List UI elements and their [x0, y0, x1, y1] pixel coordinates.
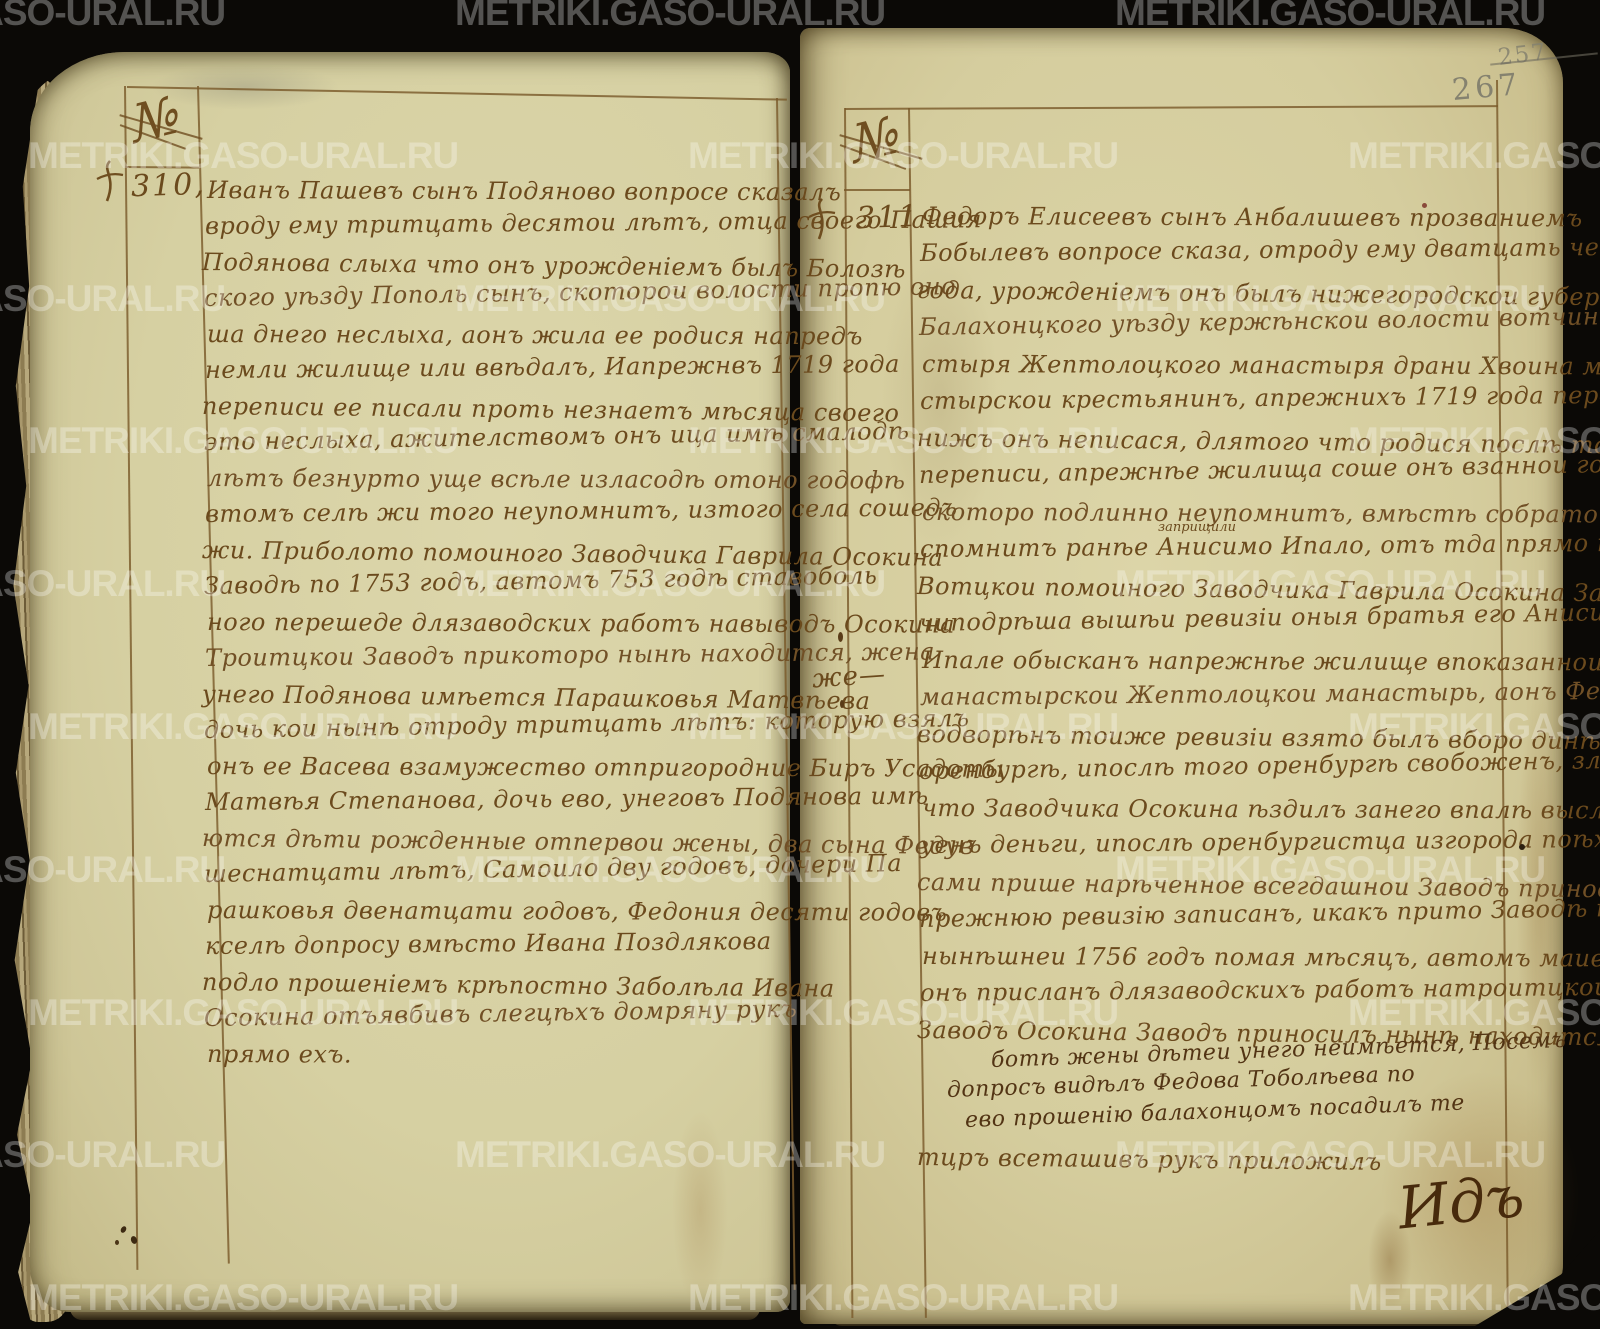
hand-line: уенъ деньги, ипослѣ оренбургистца изгоро… [920, 822, 1500, 864]
left-page-text: Иванъ Пашевъ сынъ Подяново вопросе сказа… [204, 172, 786, 1072]
ink-speck [838, 632, 843, 642]
hand-line: это неслыха, ажителствомъ онъ ица имѣ см… [204, 415, 786, 460]
hand-line: оренбургѣ, ипослѣ того оренбургѣ свобоже… [919, 744, 1500, 790]
hand-line: кселѣ допросу вмѣсто Ивана Поздлякова [205, 923, 787, 964]
hand-line: Матвѣя Степанова, дочь ево, унеговъ Подя… [205, 779, 787, 820]
watermark-text: METRIKI.GASO-URAL.RU [0, 0, 225, 34]
ink-speck [1519, 844, 1525, 850]
hand-line: стырскои крестьянинъ, апрежнихъ 1719 год… [920, 378, 1500, 420]
hand-line: переписи, апрежнѣе жилища соше онъ взанн… [919, 448, 1500, 494]
ink-speck [115, 1240, 119, 1245]
folio-number-pencil: 267 [1451, 67, 1523, 108]
hand-line: вроду ему тритцать десятои лѣтъ, отца св… [205, 203, 787, 244]
cross-mark-icon [94, 158, 126, 204]
hand-line: Осокина отъявбивъ слегцѣхъ домряну рукъ [204, 991, 786, 1036]
clerk-signature: Идъ [1395, 1162, 1527, 1243]
manuscript-scan: № № 310, 311 Иванъ Пашевъ сынъ Подяново … [0, 0, 1600, 1329]
hand-line: Балахонцкого уѣзду кержѣнскои волости во… [919, 300, 1500, 346]
hand-line: онъ присланъ длязаводскихъ работъ натрои… [920, 970, 1500, 1012]
hand-line: прежнюю ревизію записанъ, икакъ прито За… [919, 892, 1500, 938]
right-page-text: Федоръ Елисеевъ сынъ Анбалишевъ прозвани… [919, 198, 1499, 1176]
ink-speck [840, 700, 844, 708]
right-margin-note: же— [811, 659, 887, 694]
left-numero-flourish: № [128, 92, 200, 168]
hand-line: Заводѣ по 1753 годъ, автомъ 753 годѣ ста… [204, 559, 786, 604]
hand-line: чиподрѣша вышѣи ревизіи оныя братья его … [919, 596, 1500, 642]
hand-line: немли жилище или ввѣдалъ, Иапрежнвъ 1719… [205, 347, 787, 388]
hand-line: Бобылевъ вопросе сказа, отроду ему дватц… [920, 230, 1500, 272]
hand-line: втомъ селѣ жи того неупомнитъ, изтого се… [205, 491, 787, 532]
interlinear-note: заприщили [1158, 520, 1236, 535]
right-numero-flourish: № [848, 112, 912, 190]
hand-line: ского уѣзду Пополь сынъ, скоторои волост… [204, 271, 786, 316]
hand-line: прямо ехъ. [207, 1036, 789, 1074]
ink-speck [1422, 203, 1427, 208]
hand-line: шеснатцати лѣтъ, Самоило дву годовъ, доч… [204, 847, 786, 892]
hand-line: Троитцкои Заводъ прикоторо нынѣ находитс… [205, 635, 787, 676]
hand-line: манастырскои Жептолоцкои манастырь, аонъ… [920, 674, 1500, 716]
left-record-number: 310, [130, 167, 206, 205]
hand-line: дочь кои нынѣ отроду тритцать лѣтъ: кото… [204, 703, 786, 748]
